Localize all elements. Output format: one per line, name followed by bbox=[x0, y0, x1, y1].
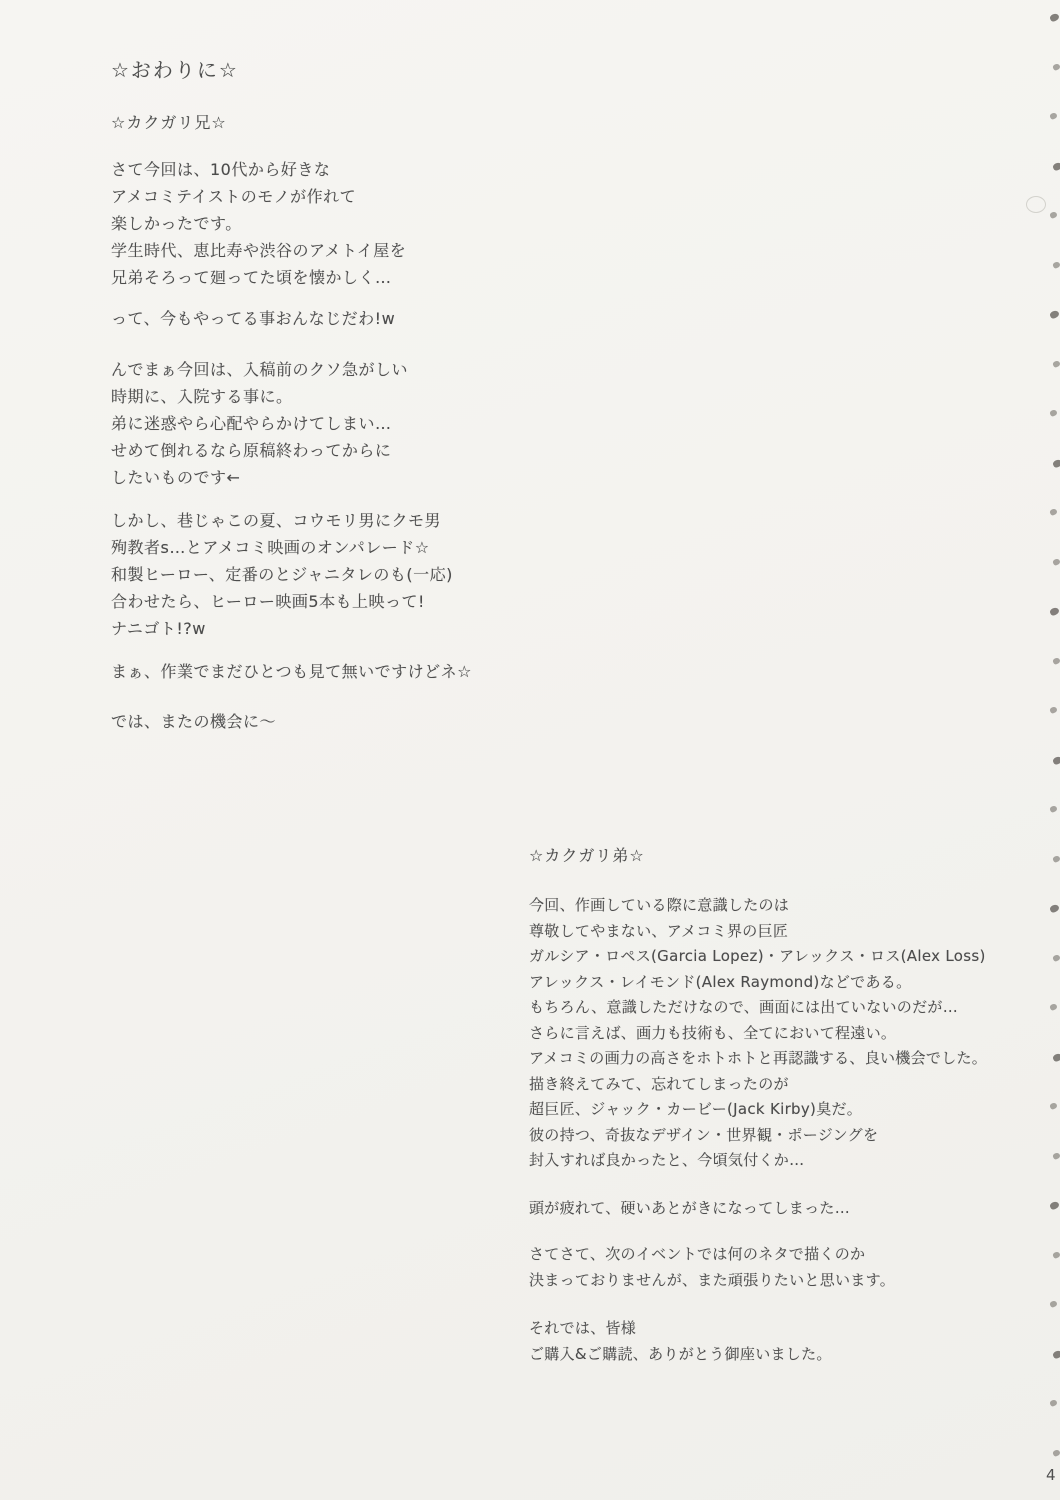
paragraph-elder-1: さて今回は、10代から好きな アメコミテイストのモノが作れて 楽しかったです。 … bbox=[111, 156, 406, 291]
scan-artifact-dot bbox=[1052, 1052, 1060, 1062]
scan-artifact-dot bbox=[1049, 706, 1058, 714]
scan-artifact-dot bbox=[1052, 755, 1060, 765]
scan-artifact-dot bbox=[1049, 903, 1060, 913]
scan-artifact-dot bbox=[1049, 112, 1058, 120]
scan-artifact-dot bbox=[1049, 805, 1058, 813]
scan-artifact-dot bbox=[1052, 953, 1060, 961]
paragraph-elder-2: って、今もやってる事おんなじだわ!w bbox=[111, 305, 395, 332]
author-heading-younger-brother: ☆カクガリ弟☆ bbox=[529, 843, 645, 866]
scan-artifact-dot bbox=[1049, 508, 1058, 516]
paragraph-elder-4: しかし、巷じゃこの夏、コウモリ男にクモ男 殉教者s…とアメコミ映画のオンパレード… bbox=[111, 507, 453, 642]
paragraph-younger-4: それでは、皆様 ご購入&ご購読、ありがとう御座いました。 bbox=[529, 1316, 832, 1367]
scan-artifact-dot bbox=[1052, 458, 1060, 468]
paragraph-elder-5: まぁ、作業でまだひとつも見て無いですけどネ☆ bbox=[111, 658, 472, 685]
paragraph-younger-3: さてさて、次のイベントでは何のネタで描くのか 決まっておりませんが、また頑張りた… bbox=[529, 1242, 895, 1293]
scan-artifact-dot bbox=[1052, 1349, 1060, 1359]
paragraph-younger-2: 頭が疲れて、硬いあとがきになってしまった… bbox=[529, 1196, 850, 1222]
paragraph-younger-1: 今回、作画している際に意識したのは 尊敬してやまない、アメコミ界の巨匠 ガルシア… bbox=[529, 893, 987, 1174]
scan-artifact-dot bbox=[1052, 656, 1060, 664]
scan-artifact-dot bbox=[1049, 1003, 1058, 1011]
page-number: 4 bbox=[1046, 1466, 1056, 1484]
scan-artifact-dot bbox=[1049, 1200, 1060, 1210]
scan-artifact-dot bbox=[1049, 1399, 1058, 1407]
scanned-afterword-page: ☆おわりに☆ ☆カクガリ兄☆ さて今回は、10代から好きな アメコミテイストのモ… bbox=[0, 0, 1060, 1500]
scan-artifact-dot bbox=[1049, 1300, 1058, 1308]
scan-artifact-dot bbox=[1052, 359, 1060, 367]
scan-artifact-dot bbox=[1049, 309, 1060, 319]
scan-artifact-dot bbox=[1052, 1448, 1060, 1456]
scan-artifact-dot bbox=[1052, 1151, 1060, 1159]
scan-artifact-dot bbox=[1049, 409, 1058, 417]
scan-artifact-dot bbox=[1052, 62, 1060, 70]
scan-artifact-dot bbox=[1052, 260, 1060, 268]
scan-artifact-dot bbox=[1049, 12, 1060, 22]
scan-artifact-dot bbox=[1052, 161, 1060, 171]
scan-artifact-dot bbox=[1052, 557, 1060, 565]
scan-artifact-dot bbox=[1049, 606, 1060, 616]
scan-smudge bbox=[1026, 196, 1046, 213]
paragraph-elder-3: んでまぁ今回は、入稿前のクソ急がしい 時期に、入院する事に。 弟に迷惑やら心配や… bbox=[111, 356, 408, 491]
page-title: ☆おわりに☆ bbox=[111, 54, 239, 83]
scan-artifact-dot bbox=[1052, 1250, 1060, 1258]
scan-artifact-dot bbox=[1052, 854, 1060, 862]
scan-artifact-dot bbox=[1049, 211, 1058, 219]
paragraph-elder-6: では、またの機会に〜 bbox=[111, 708, 276, 735]
scan-artifact-dot bbox=[1049, 1102, 1058, 1110]
author-heading-elder-brother: ☆カクガリ兄☆ bbox=[111, 110, 227, 133]
